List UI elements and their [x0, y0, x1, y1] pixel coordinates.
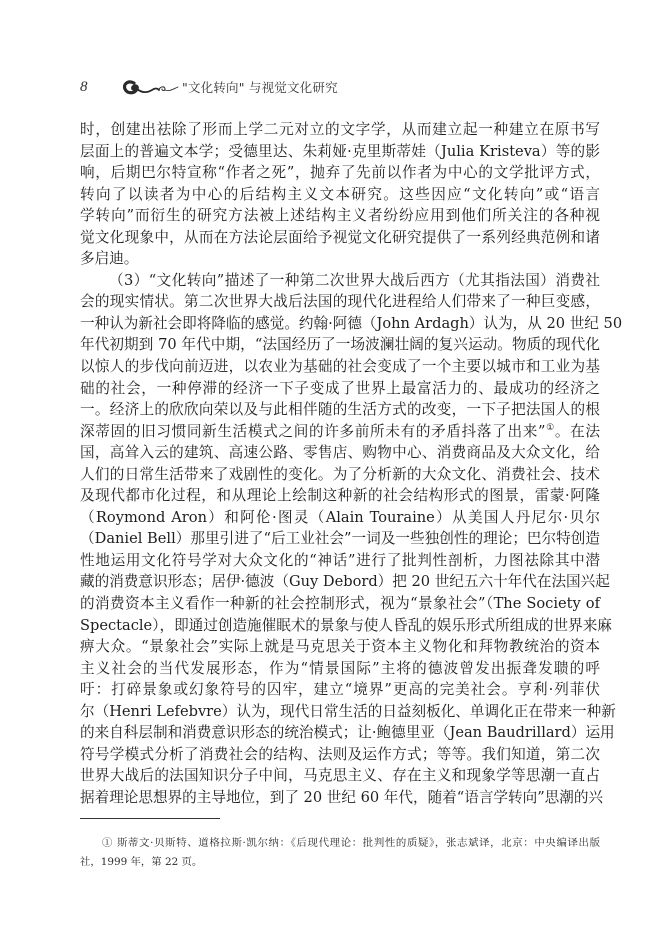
text-line: 藏的消费意识形态；居伊·德波（Guy Debord）把 20 世纪五六十年代在法…: [80, 571, 600, 593]
text-line: 多启迪。: [80, 248, 600, 270]
text-line: 符号学模式分析了消费社会的结构、法则及运作方式；等等。我们知道，第二次: [80, 744, 600, 766]
text-line: 一种认为新社会即将降临的感觉。约翰·阿德（John Ardagh）认为，从 20…: [80, 313, 600, 335]
text-line: （Daniel Bell）那里引进了“后工业社会”一词及一些独创性的理论；巴尔特…: [80, 528, 600, 550]
footnote-line: ① 斯蒂文·贝斯特、道格拉斯·凯尔纳：《后现代理论：批判性的质疑》，张志斌译，北…: [80, 834, 600, 853]
footnote-reference[interactable]: ①: [545, 423, 554, 433]
text-line: 响，后期巴尔特宣称“作者之死”，抛弃了先前以作者为中心的文学批评方式，: [80, 162, 600, 184]
text-line: 学转向”而衍生的研究方法被上述结构主义者纷纷应用到他们所关注的各种视: [80, 205, 600, 227]
text-line: 主义社会的当代发展形态，作为“情景国际”主将的德波曾发出振聋发聩的呼: [80, 658, 600, 680]
text-line: （Roymond Aron）和阿伦·图灵（Alain Touraine）从美国人…: [80, 507, 600, 529]
text-line: 世界大战后的法国知识分子中间，马克思主义、存在主义和现象学等思潮一直占: [80, 765, 600, 787]
text-line: 的来自科层制和消费意识形态的统治模式；让·鲍德里亚（Jean Baudrilla…: [80, 722, 600, 744]
text-line: 据着理论思想界的主导地位，到了 20 世纪 60 年代，随着“语言学转向”思潮的…: [80, 787, 600, 809]
text-line: 吁：打碎景象或幻象符号的囚牢，建立“境界”更高的完美社会。亨利·列菲伏: [80, 679, 600, 701]
text-line: 年代初期到 70 年代中期，“法国经历了一场波澜壮阔的复兴运动。物质的现代化: [80, 334, 600, 356]
text-line: 及现代都市化过程，和从理论上绘制这种新的社会结构形式的图景，雷蒙·阿隆: [80, 485, 600, 507]
page-number: 8: [80, 79, 120, 96]
footnote-divider: [80, 818, 220, 819]
text-line: 以惊人的步伐向前迈进，以农业为基础的社会变成了一个主要以城市和工业为基: [80, 356, 600, 378]
body-text: 时，创建出祛除了形而上学二元对立的文字学，从而建立起一种建立在原书写 层面上的普…: [80, 119, 600, 809]
text-line: 性地运用文化符号学对大众文化的“神话”进行了批判性剖析，力图祛除其中潜: [80, 550, 600, 572]
text-line: 痹大众。“景象社会”实际上就是马克思关于资本主义物化和拜物教统治的资本: [80, 636, 600, 658]
text-line: 一。经济上的欣欣向荣以及与此相伴随的生活方式的改变，一下子把法国人的根: [80, 399, 600, 421]
text-line: 时，创建出祛除了形而上学二元对立的文字学，从而建立起一种建立在原书写: [80, 119, 600, 141]
text-segment: 深蒂固的旧习惯同新生活模式之间的许多前所未有的矛盾抖落了出来”: [80, 423, 545, 440]
text-segment: 。在法: [555, 423, 600, 440]
text-line: 会的现实情状。第二次世界大战后法国的现代化进程给人们带来了一种巨变感，: [80, 291, 600, 313]
text-line: 转向了以读者为中心的后结构主义文本研究。这些因应“文化转向”或“语言: [80, 184, 600, 206]
text-line: 人们的日常生活带来了戏剧性的变化。为了分析新的大众文化、消费社会、技术: [80, 464, 600, 486]
text-line: 觉文化现象中，从而在方法论层面给予视觉文化研究提供了一系列经典范例和诸: [80, 227, 600, 249]
cloud-swirl-ornament-icon: [120, 77, 180, 97]
footnote: ① 斯蒂文·贝斯特、道格拉斯·凯尔纳：《后现代理论：批判性的质疑》，张志斌译，北…: [80, 834, 600, 872]
text-line: 层面上的普遍文本学；受德里达、朱莉娅·克里斯蒂娃（Julia Kristeva）…: [80, 141, 600, 163]
text-line: 国，高耸入云的建筑、高速公路、零售店、购物中心、消费商品及大众文化，给: [80, 442, 600, 464]
running-title: "文化转向" 与视觉文化研究: [182, 78, 338, 96]
footnote-line: 社，1999 年，第 22 页。: [80, 853, 600, 872]
page-header: 8 "文化转向" 与视觉文化研究: [80, 76, 338, 98]
text-line: 的消费资本主义看作一种新的社会控制形式，视为“景象社会”（The Society…: [80, 593, 600, 615]
paragraph-start-line: （3）“文化转向”描述了一种第二次世界大战后西方（尤其指法国）消费社: [80, 270, 600, 292]
text-line: 尔（Henri Lefebvre）认为，现代日常生活的日益刻板化、单调化正在带来…: [80, 701, 600, 723]
text-line-with-footnote: 深蒂固的旧习惯同新生活模式之间的许多前所未有的矛盾抖落了出来”①。在法: [80, 421, 600, 443]
text-line: 础的社会，一种停滞的经济一下子变成了世界上最富活力的、最成功的经济之: [80, 378, 600, 400]
text-line: Spectacle），即通过创造施催眠术的景象与使人昏乱的娱乐形式所组成的世界来…: [80, 615, 600, 637]
